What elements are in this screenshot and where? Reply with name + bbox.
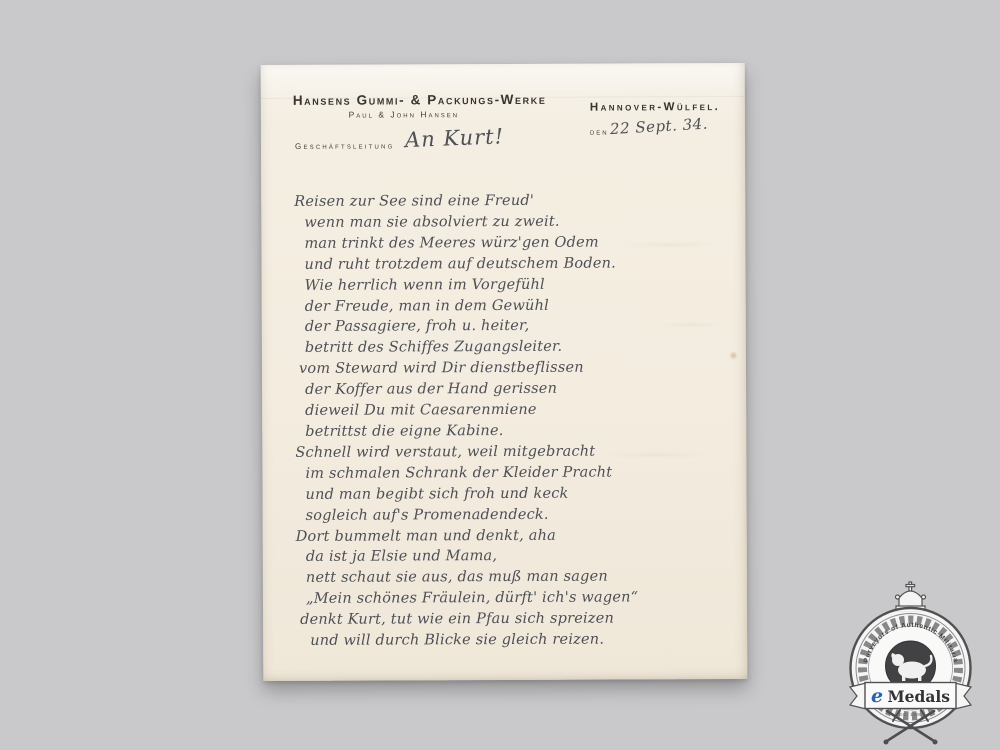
- poem-line: betrittst die eigne Kabine.: [295, 420, 665, 443]
- ink-bleedthrough: [656, 323, 726, 326]
- poem-line: und will durch Blicke sie gleich reizen.: [296, 629, 666, 652]
- poem-line: Wie herrlich wenn im Vorgefühl: [295, 274, 665, 297]
- paper-stain: [729, 351, 738, 360]
- ink-bleedthrough: [625, 243, 715, 246]
- established-text: Est. 1995: [899, 712, 922, 717]
- emedals-watermark: Purveyors of Authentic Militaria e Med: [838, 580, 982, 750]
- photo-backdrop: Hansens Gummi- & Packungs-Werke Paul & J…: [0, 0, 1000, 750]
- poem-body: Reisen zur See sind eine Freud'wenn man …: [294, 190, 666, 652]
- handwritten-date: 22 Sept. 34.: [609, 115, 708, 139]
- poem-line: der Passagiere, froh u. heiter,: [295, 316, 665, 339]
- department-line: Geschäftsleitung: [295, 141, 394, 150]
- city-line: Hannover-Wülfel.: [590, 101, 720, 114]
- poem-line: Schnell wird verstaut, weil mitgebracht: [295, 441, 665, 464]
- brand-rest: Medals: [888, 687, 951, 706]
- poem-line: und ruht trotzdem auf deutschem Boden.: [294, 253, 664, 276]
- poem-line: und man begibt sich froh und keck: [295, 483, 665, 506]
- poem-line: der Koffer aus der Hand gerissen: [295, 378, 665, 401]
- brand-initial: e: [871, 685, 883, 707]
- poem-line: der Freude, man in dem Gewühl: [295, 295, 665, 318]
- date-label: den: [590, 127, 609, 137]
- poem-line: im schmalen Schrank der Kleider Pracht: [295, 462, 665, 485]
- poem-line: vom Steward wird Dir dienstbeflissen: [295, 358, 665, 381]
- letter-sheet: Hansens Gummi- & Packungs-Werke Paul & J…: [261, 63, 748, 681]
- watermark-brand: e Medals: [871, 685, 950, 707]
- salutation: An Kurt!: [405, 124, 505, 152]
- poem-line: da ist ja Elsie und Mama,: [296, 546, 666, 569]
- poem-line: wenn man sie absolviert zu zweit.: [294, 211, 664, 234]
- poem-line: Reisen zur See sind eine Freud': [294, 190, 664, 213]
- poem-line: nett schaut sie aus, das muß man sagen: [296, 567, 666, 590]
- poem-line: denkt Kurt, tut wie ein Pfau sich spreiz…: [296, 608, 666, 631]
- proprietors-line: Paul & John Hansen: [293, 109, 515, 120]
- emedals-crest-icon: Purveyors of Authentic Militaria e Med: [838, 580, 982, 750]
- poem-line: sogleich auf's Promenadendeck.: [296, 504, 666, 527]
- poem-line: „Mein schönes Fräulein, dürft' ich's wag…: [296, 588, 666, 611]
- poem-line: betritt des Schiffes Zugangsleiter.: [295, 337, 665, 360]
- poem-line: dieweil Du mit Caesarenmiene: [295, 399, 665, 422]
- company-name: Hansens Gummi- & Packungs-Werke: [293, 92, 515, 108]
- poem-line: man trinkt des Meeres würz'gen Odem: [294, 232, 664, 255]
- ink-bleedthrough: [606, 453, 706, 456]
- poem-line: Dort bummelt man und denkt, aha: [296, 525, 666, 548]
